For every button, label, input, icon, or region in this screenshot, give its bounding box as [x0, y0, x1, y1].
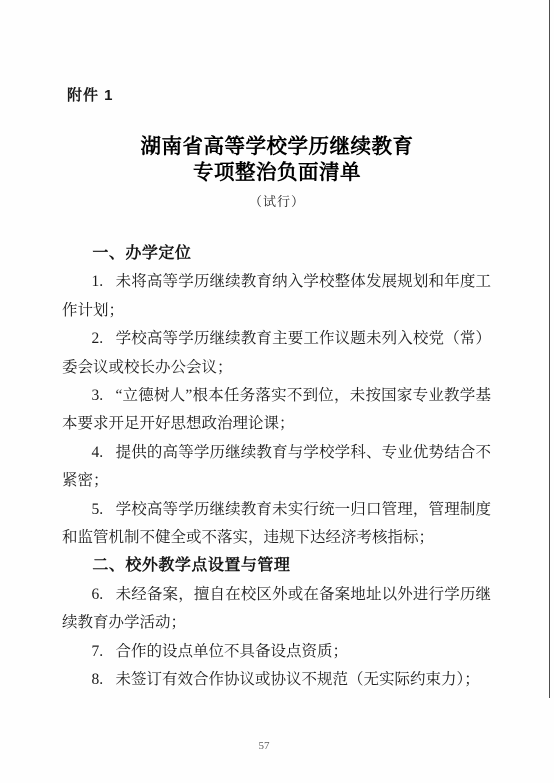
section-heading-2: 二、校外教学点设置与管理	[62, 552, 491, 580]
scan-edge-line	[549, 0, 550, 698]
item-number: 4.	[91, 444, 103, 461]
document-subtitle: （试行）	[0, 191, 554, 210]
page-number: 57	[0, 740, 528, 752]
item-text: 学校高等学历继续教育未实行统一归口管理，管理制度和监管机制不健全或不落实，违规下…	[62, 501, 491, 546]
item-number: 8.	[91, 671, 103, 688]
item-text: 未经备案，擅自在校区外或在备案地址以外进行学历继续教育办学活动；	[62, 586, 491, 631]
document-body: 一、办学定位 1.未将高等学历继续教育纳入学校整体发展规划和年度工作计划； 2.…	[62, 240, 491, 695]
section-heading-1: 一、办学定位	[62, 240, 491, 268]
item-number: 5.	[91, 501, 103, 518]
list-item: 2.学校高等学历继续教育主要工作议题未列入校党（常）委会议或校长办公会议；	[62, 325, 491, 382]
item-text: “立德树人”根本任务落实不到位，未按国家专业教学基本要求开足开好思想政治理论课；	[62, 387, 491, 432]
document-title-line1: 湖南省高等学校学历继续教育	[0, 134, 554, 160]
item-text: 合作的设点单位不具备设点资质；	[115, 643, 348, 660]
item-number: 6.	[91, 586, 103, 603]
item-text: 未将高等学历继续教育纳入学校整体发展规划和年度工作计划；	[62, 273, 491, 318]
list-item: 3.“立德树人”根本任务落实不到位，未按国家专业教学基本要求开足开好思想政治理论…	[62, 382, 491, 439]
attachment-label: 附件 1	[67, 84, 114, 105]
list-item: 7.合作的设点单位不具备设点资质；	[62, 638, 491, 666]
list-item: 1.未将高等学历继续教育纳入学校整体发展规划和年度工作计划；	[62, 268, 491, 325]
list-item: 6.未经备案，擅自在校区外或在备案地址以外进行学历继续教育办学活动；	[62, 581, 491, 638]
item-text: 学校高等学历继续教育主要工作议题未列入校党（常）委会议或校长办公会议；	[62, 330, 491, 375]
list-item: 5.学校高等学历继续教育未实行统一归口管理，管理制度和监管机制不健全或不落实，违…	[62, 496, 491, 553]
item-text: 未签订有效合作协议或协议不规范（无实际约束力）；	[115, 671, 479, 688]
list-item: 8.未签订有效合作协议或协议不规范（无实际约束力）；	[62, 666, 491, 694]
item-number: 3.	[91, 387, 103, 404]
list-item: 4.提供的高等学历继续教育与学校学科、专业优势结合不紧密；	[62, 439, 491, 496]
item-number: 7.	[91, 643, 103, 660]
item-number: 2.	[91, 330, 103, 347]
item-text: 提供的高等学历继续教育与学校学科、专业优势结合不紧密；	[62, 444, 491, 489]
item-number: 1.	[91, 273, 103, 290]
document-title-line2: 专项整治负面清单	[0, 160, 554, 186]
document-title: 湖南省高等学校学历继续教育 专项整治负面清单	[0, 134, 554, 186]
document-page: 附件 1 湖南省高等学校学历继续教育 专项整治负面清单 （试行） 一、办学定位 …	[0, 0, 554, 783]
